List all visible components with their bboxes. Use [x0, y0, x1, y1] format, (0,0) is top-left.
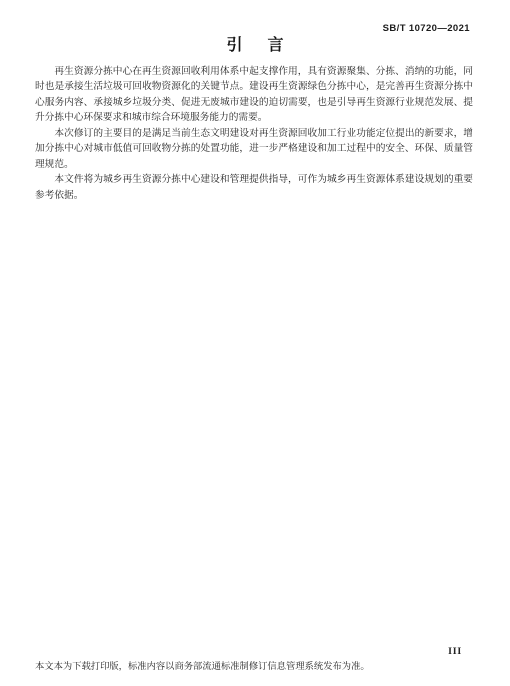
page-number: III	[448, 646, 462, 657]
page-title: 引 言	[0, 37, 510, 54]
doc-number: SB/T 10720—2021	[383, 23, 470, 34]
page-title-char-2: 言	[268, 37, 284, 54]
footer-note: 本文本为下载打印版，标准内容以商务部流通标准制修订信息管理系统发布为准。	[35, 662, 370, 674]
page-title-char-1: 引	[226, 37, 242, 54]
intro-paragraph-3: 本文件将为城乡再生资源分拣中心建设和管理提供指导，可作为城乡再生资源体系建设规划…	[35, 172, 473, 203]
introduction-body: 再生资源分拣中心在再生资源回收利用体系中起支撑作用，具有资源聚集、分拣、消纳的功…	[35, 64, 473, 203]
intro-paragraph-1: 再生资源分拣中心在再生资源回收利用体系中起支撑作用，具有资源聚集、分拣、消纳的功…	[35, 64, 473, 126]
document-page: SB/T 10720—2021 引 言 再生资源分拣中心在再生资源回收利用体系中…	[0, 0, 510, 686]
intro-paragraph-2: 本次修订的主要目的是满足当前生态文明建设对再生资源回收加工行业功能定位提出的新要…	[35, 126, 473, 172]
